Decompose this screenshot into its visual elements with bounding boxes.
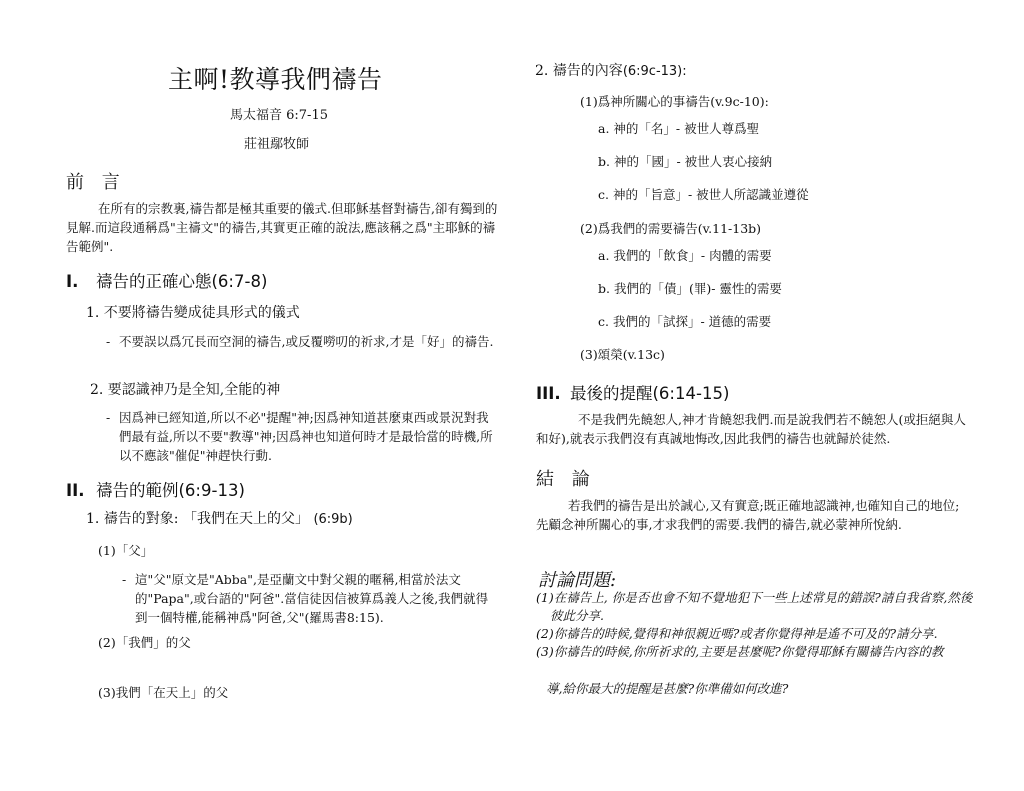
subpoint-3: (3)我們「在天上」的父 [98, 683, 228, 701]
bullet-dash: - [106, 332, 110, 351]
content-group-2-item-c: c. 我們的「試探」- 道德的需要 [598, 312, 771, 330]
intro-heading: 前 言 [66, 168, 126, 194]
content-group-3: (3)頌榮(v.13c) [580, 345, 665, 363]
point-ref: (6:9b) [313, 512, 352, 527]
point-label: 1. 禱告的對象: 「我們在天上的父」 [86, 511, 309, 527]
section-number: II. [66, 481, 96, 500]
section-1-point-1-bullet: - 不要誤以爲冗長而空洞的禱告,或反覆嘮叨的祈求,才是「好」的禱告. [106, 332, 498, 351]
section-title: 禱告的範例 [96, 481, 179, 500]
discussion-question-2: (2)你禱告的時候,覺得和神很親近嗎?或者你覺得神是遙不可及的?請分享. [536, 625, 976, 643]
content-group-1-item-a: a. 神的「名」- 被世人尊爲聖 [598, 119, 759, 137]
conclusion-heading: 結 論 [536, 465, 596, 491]
subpoint-2: (2)「我們」的父 [98, 633, 191, 651]
discussion-question-1: (1)在禱告上, 你是否也會不知不覺地犯下一些上述常見的錯誤?請自我省察,然後彼… [536, 589, 980, 625]
section-2-heading: II.禱告的範例(6:9-13) [66, 477, 245, 501]
content-group-1-item-c: c. 神的「旨意」- 被世人所認識並遵從 [598, 185, 809, 203]
bullet-text: 這"父"原文是"Abba",是亞蘭文中對父親的暱稱,相當於法文的"Papa",或… [122, 570, 500, 627]
scripture-reference: 馬太福音 6:7-15 [230, 104, 328, 123]
section-title: 禱告的正確心態 [96, 272, 212, 291]
section-title: 最後的提醒 [570, 384, 653, 403]
subpoint-1: (1)「父」 [98, 541, 153, 559]
author: 莊祖鄢牧師 [244, 133, 309, 152]
bullet-dash: - [122, 570, 126, 589]
section-2-point-1: 1. 禱告的對象: 「我們在天上的父」 (6:9b) [86, 508, 353, 528]
bullet-text: 不要誤以爲冗長而空洞的禱告,或反覆嘮叨的祈求,才是「好」的禱告. [106, 332, 498, 351]
section-1-heading: I.禱告的正確心態(6:7-8) [66, 268, 267, 292]
section-1-point-1: 1. 不要將禱告變成徒具形式的儀式 [86, 302, 300, 322]
section-3-heading: III.最後的提醒(6:14-15) [536, 380, 729, 404]
point-label: 2. 禱告的內容 [535, 63, 623, 79]
section-ref: (6:9-13) [179, 481, 245, 500]
section-2-point-2: 2. 禱告的內容(6:9c-13): [535, 60, 687, 80]
section-1-point-2-bullet: - 因爲神已經知道,所以不必"提醒"神;因爲神知道甚麼東西或景況對我們最有益,所… [106, 408, 498, 465]
content-group-1-item-b: b. 神的「國」- 被世人衷心接納 [598, 152, 772, 170]
section-1-point-2: 2. 要認識神乃是全知,全能的神 [90, 379, 280, 399]
content-group-1: (1)爲神所關心的事禱告(v.9c-10): [580, 92, 769, 110]
page-title: 主啊!教導我們禱告 [168, 60, 383, 96]
bullet-dash: - [106, 408, 110, 427]
conclusion-paragraph: 若我們的禱告是出於誠心,又有實意;既正確地認識神,也確知自己的地位;先顧念神所關… [536, 496, 966, 534]
subpoint-1-bullet: - 這"父"原文是"Abba",是亞蘭文中對父親的暱稱,相當於法文的"Papa"… [122, 570, 500, 627]
bullet-text: 因爲神已經知道,所以不必"提醒"神;因爲神知道甚麼東西或景況對我們最有益,所以不… [106, 408, 498, 465]
point-ref: (6:9c-13): [623, 64, 687, 79]
section-ref: (6:7-8) [212, 272, 268, 291]
content-group-2: (2)爲我們的需要禱告(v.11-13b) [580, 219, 761, 237]
section-ref: (6:14-15) [653, 384, 730, 403]
document-page: 主啊!教導我們禱告 馬太福音 6:7-15 莊祖鄢牧師 前 言 在所有的宗教裏,… [0, 0, 1024, 791]
section-number: III. [536, 384, 570, 403]
content-group-2-item-a: a. 我們的「飲食」- 肉體的需要 [598, 246, 772, 264]
intro-paragraph: 在所有的宗教裏,禱告都是極其重要的儀式.但耶穌基督對禱告,卻有獨到的見解.而這段… [66, 199, 500, 256]
content-group-2-item-b: b. 我們的「債」(罪)- 靈性的需要 [598, 279, 782, 297]
section-3-paragraph: 不是我們先饒恕人,神才肯饒恕我們.而是說我們若不饒恕人(或拒絕與人和好),就表示… [536, 410, 966, 448]
discussion-question-3: (3)你禱告的時候,你所祈求的,主要是甚麼呢?你覺得耶穌有關禱告內容的教 [536, 643, 966, 661]
discussion-question-3-cont: 導,給你最大的提醒是甚麼?你準備如何改進? [546, 680, 788, 698]
section-number: I. [66, 272, 96, 291]
